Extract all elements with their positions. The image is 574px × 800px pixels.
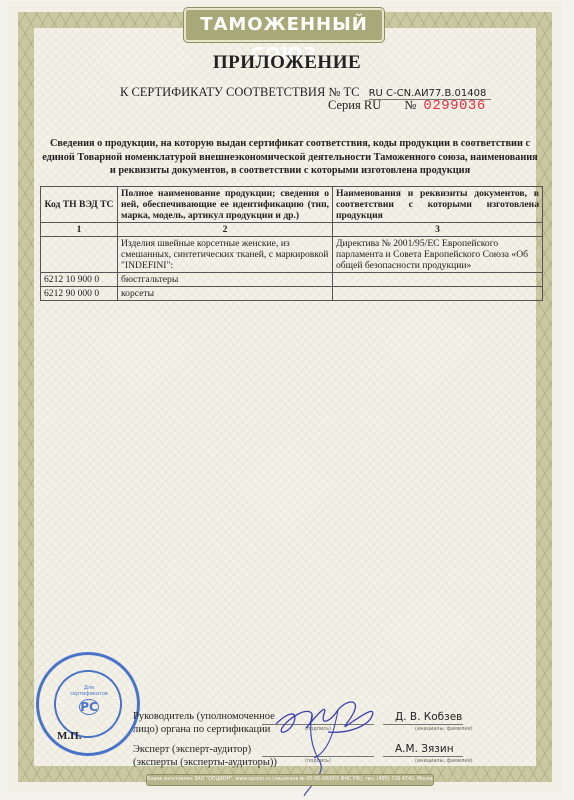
row-name: корсеты	[118, 287, 333, 301]
page-title: ПРИЛОЖЕНИЕ	[0, 52, 574, 74]
header-code: Код ТН ВЭД ТС	[41, 187, 118, 223]
stamp-inner-text: Для сертификатов	[69, 685, 109, 697]
head-name-line	[383, 724, 463, 725]
table-row: 6212 10 900 0 бюстгальтеры	[41, 273, 543, 287]
serial-number: 0299036	[423, 98, 485, 114]
head-label-line-1: Руководитель (уполномоченное	[133, 710, 275, 723]
head-name-caption: (инициалы, фамилия)	[415, 726, 473, 732]
expert-label: Эксперт (эксперт-аудитор) (эксперты (экс…	[133, 743, 277, 769]
intro-text: Сведения о продукции, на которую выдан с…	[40, 137, 540, 178]
expert-name-line	[383, 756, 463, 757]
expert-label-line-1: Эксперт (эксперт-аудитор)	[133, 743, 277, 756]
table-row: 6212 90 000 0 корсеты	[41, 287, 543, 301]
series-line: Серия RU № 0299036	[328, 98, 486, 114]
row-docs: Директива № 2001/95/ЕС Европейского парл…	[333, 237, 543, 273]
table-header-row: Код ТН ВЭД ТС Полное наименование продук…	[41, 187, 543, 223]
row-code	[41, 237, 118, 273]
row-name: Изделия швейные корсетные женские, из см…	[118, 237, 333, 273]
column-number: 1	[41, 223, 118, 237]
head-label: Руководитель (уполномоченное лицо) орган…	[133, 710, 275, 736]
footer-print-info: Бланк изготовлен ЗАО "ОПЦИОН", www.opcio…	[146, 774, 434, 786]
products-table: Код ТН ВЭД ТС Полное наименование продук…	[40, 186, 543, 301]
header-name: Полное наименование продукции; сведения …	[118, 187, 333, 223]
certificate-label: К СЕРТИФИКАТУ СООТВЕТСТВИЯ № ТС	[120, 85, 359, 99]
row-code: 6212 10 900 0	[41, 273, 118, 287]
expert-name: А.М. Зязин	[395, 743, 454, 755]
head-label-line-2: лицо) органа по сертификации	[133, 723, 275, 736]
column-number-row: 1 2 3	[41, 223, 543, 237]
column-number: 3	[333, 223, 543, 237]
no-label: №	[404, 98, 416, 112]
series-value: RU	[364, 98, 381, 112]
certification-stamp: Для сертификатов PC	[36, 652, 140, 756]
pc-mark-icon: PC	[79, 699, 99, 715]
head-name: Д. В. Кобзев	[395, 711, 462, 723]
row-name: бюстгальтеры	[118, 273, 333, 287]
row-docs	[333, 287, 543, 301]
table-row: Изделия швейные корсетные женские, из см…	[41, 237, 543, 273]
expert-label-line-2: (эксперты (эксперты-аудиторы))	[133, 756, 277, 769]
header-docs: Наименования и реквизиты документов, в с…	[333, 187, 543, 223]
customs-union-banner: ТАМОЖЕННЫЙ СОЮЗ	[184, 8, 384, 42]
row-code: 6212 90 000 0	[41, 287, 118, 301]
seal-place-label: М.П.	[57, 730, 81, 742]
row-docs	[333, 273, 543, 287]
series-label: Серия	[328, 98, 361, 112]
stamp-center: Для сертификатов PC	[69, 685, 109, 725]
expert-name-caption: (инициалы, фамилия)	[415, 758, 473, 764]
column-number: 2	[118, 223, 333, 237]
